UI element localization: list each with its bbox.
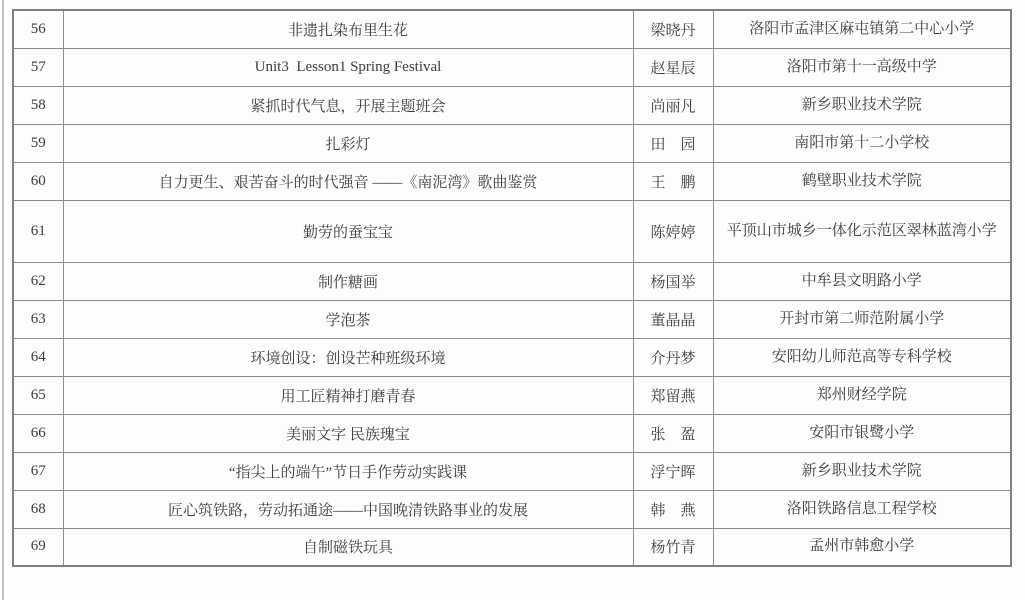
teacher-name: 张 盈 (633, 414, 713, 452)
table-row: 65 用工匠精神打磨青春 郑留燕 郑州财经学院 (13, 376, 1011, 414)
teacher-name: 田 园 (633, 124, 713, 162)
row-number: 65 (13, 376, 63, 414)
lesson-title: 学泡茶 (63, 300, 633, 338)
table-row: 66 美丽文字 民族瑰宝 张 盈 安阳市银鹭小学 (13, 414, 1011, 452)
row-number: 58 (13, 86, 63, 124)
teacher-name: 韩 燕 (633, 490, 713, 528)
teacher-name: 董晶晶 (633, 300, 713, 338)
lesson-title: 用工匠精神打磨青春 (63, 376, 633, 414)
lesson-title: 匠心筑铁路，劳动拓通途——中国晚清铁路事业的发展 (63, 490, 633, 528)
lesson-title: 自力更生、艰苦奋斗的时代强音 ——《南泥湾》歌曲鉴赏 (63, 162, 633, 200)
table-row: 64 环境创设：创设芒种班级环境 介丹梦 安阳幼儿师范高等专科学校 (13, 338, 1011, 376)
lesson-title: 勤劳的蚕宝宝 (63, 200, 633, 262)
lesson-title: “指尖上的端午”节日手作劳动实践课 (63, 452, 633, 490)
document-table-container: 56 非遗扎染布里生花 梁晓丹 洛阳市孟津区麻屯镇第二中心小学 57 Unit3… (12, 9, 1012, 567)
row-number: 60 (13, 162, 63, 200)
school-name: 新乡职业技术学院 (713, 86, 1011, 124)
table-row: 62 制作糖画 杨国举 中牟县文明路小学 (13, 262, 1011, 300)
teacher-name: 陈婷婷 (633, 200, 713, 262)
table-row: 57 Unit3 Lesson1 Spring Festival 赵星辰 洛阳市… (13, 48, 1011, 86)
teacher-name: 郑留燕 (633, 376, 713, 414)
table-row: 67 “指尖上的端午”节日手作劳动实践课 浮宁晖 新乡职业技术学院 (13, 452, 1011, 490)
row-number: 57 (13, 48, 63, 86)
teacher-name: 王 鹏 (633, 162, 713, 200)
teacher-name: 尚丽凡 (633, 86, 713, 124)
teacher-name: 杨国举 (633, 262, 713, 300)
table-row: 69 自制磁铁玩具 杨竹青 孟州市韩愈小学 (13, 528, 1011, 566)
teacher-name: 杨竹青 (633, 528, 713, 566)
table-row: 68 匠心筑铁路，劳动拓通途——中国晚清铁路事业的发展 韩 燕 洛阳铁路信息工程… (13, 490, 1011, 528)
school-name: 新乡职业技术学院 (713, 452, 1011, 490)
table-row: 61 勤劳的蚕宝宝 陈婷婷 平顶山市城乡一体化示范区翠林蓝湾小学 (13, 200, 1011, 262)
teacher-name: 梁晓丹 (633, 10, 713, 48)
row-number: 66 (13, 414, 63, 452)
lesson-title: Unit3 Lesson1 Spring Festival (63, 48, 633, 86)
school-name: 安阳幼儿师范高等专科学校 (713, 338, 1011, 376)
school-name: 南阳市第十二小学校 (713, 124, 1011, 162)
school-name: 开封市第二师范附属小学 (713, 300, 1011, 338)
school-name: 平顶山市城乡一体化示范区翠林蓝湾小学 (713, 200, 1011, 262)
school-name: 洛阳铁路信息工程学校 (713, 490, 1011, 528)
row-number: 64 (13, 338, 63, 376)
lesson-title: 美丽文字 民族瑰宝 (63, 414, 633, 452)
teacher-name: 赵星辰 (633, 48, 713, 86)
school-name: 鹤壁职业技术学院 (713, 162, 1011, 200)
lesson-title: 非遗扎染布里生花 (63, 10, 633, 48)
teacher-name: 浮宁晖 (633, 452, 713, 490)
row-number: 62 (13, 262, 63, 300)
entries-table: 56 非遗扎染布里生花 梁晓丹 洛阳市孟津区麻屯镇第二中心小学 57 Unit3… (12, 9, 1012, 567)
teacher-name: 介丹梦 (633, 338, 713, 376)
school-name: 郑州财经学院 (713, 376, 1011, 414)
lesson-title: 扎彩灯 (63, 124, 633, 162)
table-row: 58 紧抓时代气息，开展主题班会 尚丽凡 新乡职业技术学院 (13, 86, 1011, 124)
row-number: 67 (13, 452, 63, 490)
table-row: 60 自力更生、艰苦奋斗的时代强音 ——《南泥湾》歌曲鉴赏 王 鹏 鹤壁职业技术… (13, 162, 1011, 200)
table-row: 59 扎彩灯 田 园 南阳市第十二小学校 (13, 124, 1011, 162)
lesson-title: 环境创设：创设芒种班级环境 (63, 338, 633, 376)
row-number: 68 (13, 490, 63, 528)
school-name: 洛阳市第十一高级中学 (713, 48, 1011, 86)
row-number: 59 (13, 124, 63, 162)
table-row: 56 非遗扎染布里生花 梁晓丹 洛阳市孟津区麻屯镇第二中心小学 (13, 10, 1011, 48)
lesson-title: 紧抓时代气息，开展主题班会 (63, 86, 633, 124)
school-name: 洛阳市孟津区麻屯镇第二中心小学 (713, 10, 1011, 48)
school-name: 中牟县文明路小学 (713, 262, 1011, 300)
school-name: 孟州市韩愈小学 (713, 528, 1011, 566)
row-number: 63 (13, 300, 63, 338)
lesson-title: 自制磁铁玩具 (63, 528, 633, 566)
school-name: 安阳市银鹭小学 (713, 414, 1011, 452)
lesson-title: 制作糖画 (63, 262, 633, 300)
row-number: 56 (13, 10, 63, 48)
table-row: 63 学泡茶 董晶晶 开封市第二师范附属小学 (13, 300, 1011, 338)
page-edge-line (2, 0, 4, 600)
row-number: 69 (13, 528, 63, 566)
row-number: 61 (13, 200, 63, 262)
